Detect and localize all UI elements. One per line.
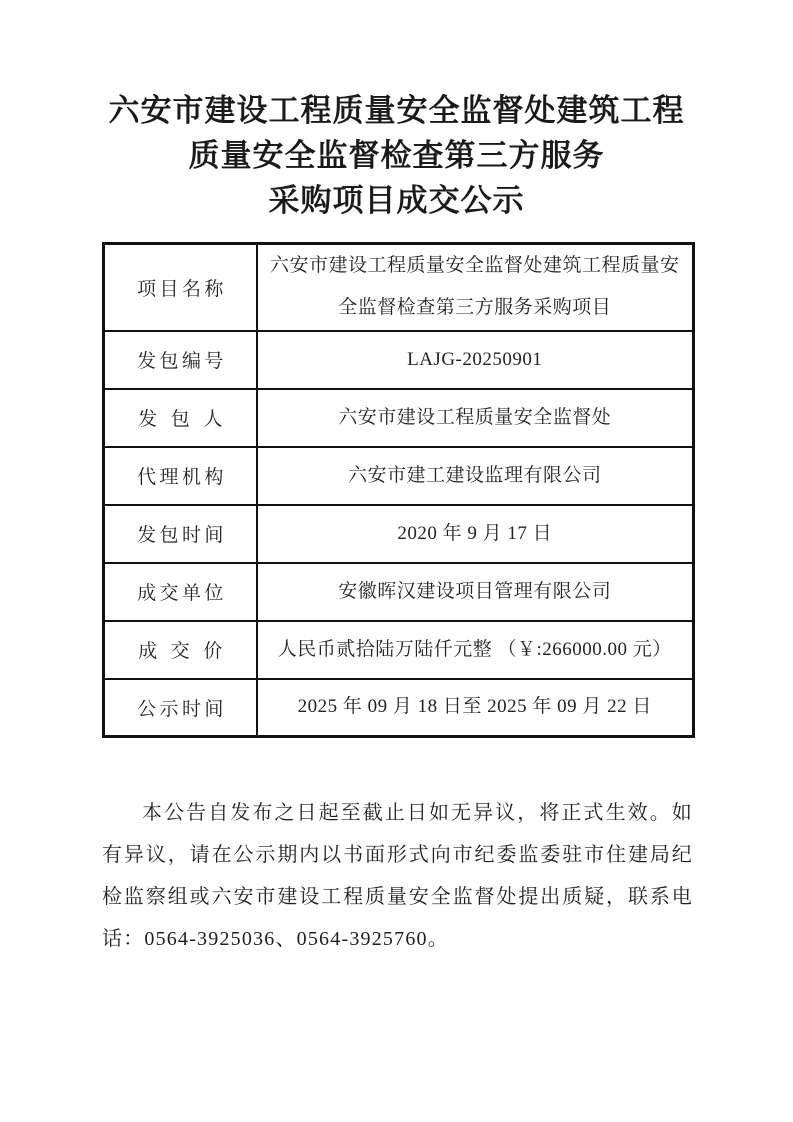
row-label: 发包人 <box>104 389 257 447</box>
table-row-winning-price: 成交价 人民币贰拾陆万陆仟元整 （￥:266000.00 元） <box>104 621 694 679</box>
title-line-2: 质量安全监督检查第三方服务 <box>60 133 733 178</box>
row-value: 六安市建工建设监理有限公司 <box>257 447 694 505</box>
announcement-note: 本公告自发布之日起至截止日如无异议，将正式生效。如有异议，请在公示期内以书面形式… <box>102 792 693 960</box>
table-row-agency: 代理机构 六安市建工建设监理有限公司 <box>104 447 694 505</box>
title-line-1: 六安市建设工程质量安全监督处建筑工程 <box>60 88 733 133</box>
table-row-tender-number: 发包编号 LAJG-20250901 <box>104 331 694 389</box>
row-label: 发包时间 <box>104 505 257 563</box>
table-row-project-name: 项目名称 六安市建设工程质量安全监督处建筑工程质量安全监督检查第三方服务采购项目 <box>104 244 694 331</box>
row-value: 六安市建设工程质量安全监督处 <box>257 389 694 447</box>
table-row-tender-date: 发包时间 2020 年 9 月 17 日 <box>104 505 694 563</box>
row-label: 成交价 <box>104 621 257 679</box>
row-value: LAJG-20250901 <box>257 331 694 389</box>
row-label: 项目名称 <box>104 244 257 331</box>
row-value: 六安市建设工程质量安全监督处建筑工程质量安全监督检查第三方服务采购项目 <box>257 244 694 331</box>
row-value: 人民币贰拾陆万陆仟元整 （￥:266000.00 元） <box>257 621 694 679</box>
row-label: 代理机构 <box>104 447 257 505</box>
row-label: 成交单位 <box>104 563 257 621</box>
row-label: 公示时间 <box>104 679 257 737</box>
row-label: 发包编号 <box>104 331 257 389</box>
row-value: 2025 年 09 月 18 日至 2025 年 09 月 22 日 <box>257 679 694 737</box>
table-row-winning-unit: 成交单位 安徽晖汉建设项目管理有限公司 <box>104 563 694 621</box>
title-line-3: 采购项目成交公示 <box>60 178 733 223</box>
document-page: 六安市建设工程质量安全监督处建筑工程 质量安全监督检查第三方服务 采购项目成交公… <box>0 0 793 1122</box>
announcement-info-table: 项目名称 六安市建设工程质量安全监督处建筑工程质量安全监督检查第三方服务采购项目… <box>102 242 695 738</box>
document-title: 六安市建设工程质量安全监督处建筑工程 质量安全监督检查第三方服务 采购项目成交公… <box>60 88 733 223</box>
table-row-publicity-period: 公示时间 2025 年 09 月 18 日至 2025 年 09 月 22 日 <box>104 679 694 737</box>
row-value: 安徽晖汉建设项目管理有限公司 <box>257 563 694 621</box>
row-value: 2020 年 9 月 17 日 <box>257 505 694 563</box>
table-row-employer: 发包人 六安市建设工程质量安全监督处 <box>104 389 694 447</box>
